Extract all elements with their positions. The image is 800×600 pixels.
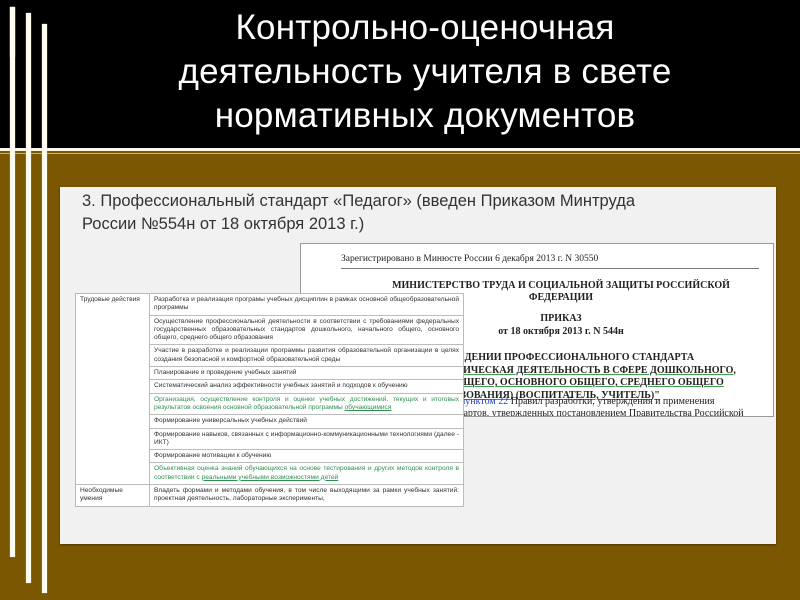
subject-line-3: ОБЩЕГО, ОСНОВНОГО ОБЩЕГО, СРЕДНЕГО ОБЩЕГ… <box>449 377 736 390</box>
cell-text: Формирование навыков, связанных с информ… <box>154 431 459 446</box>
table-cell: Осуществление профессиональной деятельно… <box>150 315 464 345</box>
content-heading: 3. Профессиональный стандарт «Педагог» (… <box>82 190 635 236</box>
table-row: Необходимые уменияВладеть формами и мето… <box>76 485 464 507</box>
cell-text: Участие в разработке и реализации програ… <box>154 347 459 362</box>
cell-text: Организация, осуществление контроля и оц… <box>154 396 459 411</box>
decorative-line-3 <box>42 24 47 593</box>
order-paragraph: с пунктом 22 Правил разработки, утвержде… <box>453 396 771 417</box>
decorative-line-1 <box>10 7 15 557</box>
table-cell: Систематический анализ эффективности уче… <box>150 380 464 393</box>
table-cell: Организация, осуществление контроля и оц… <box>150 393 464 415</box>
decorative-line-2 <box>26 13 31 583</box>
heading-line-1: 3. Профессиональный стандарт «Педагог» (… <box>82 190 635 213</box>
para-text: Правил разработки, утверждения и примене… <box>511 396 715 407</box>
para-line-2: ндартов, утвержденных постановлением Пра… <box>453 408 744 417</box>
standard-table: Трудовые действияРазработка и реализация… <box>75 293 464 507</box>
ministry-line-1: МИНИСТЕРСТВО ТРУДА И СОЦИАЛЬНОЙ ЗАЩИТЫ Р… <box>361 280 761 292</box>
heading-line-2: России №554н от 18 октября 2013 г.) <box>82 213 635 236</box>
table-cell: Формирование мотивации к обучению <box>150 450 464 463</box>
table-cell: Формирование навыков, связанных с информ… <box>150 428 464 450</box>
cell-text: Осуществление профессиональной деятельно… <box>154 318 459 342</box>
slide-title: Контрольно-оценочная деятельность учител… <box>60 6 790 138</box>
title-line-2: деятельность учителя в свете <box>60 50 790 94</box>
table-row: Трудовые действияРазработка и реализация… <box>76 294 464 316</box>
cell-text: Формирование мотивации к обучению <box>154 452 271 459</box>
title-line-1: Контрольно-оценочная <box>60 6 790 50</box>
cell-text: Систематический анализ эффективности уче… <box>154 382 408 389</box>
table-cell: Объективная оценка знаний обучающихся на… <box>150 463 464 485</box>
header-divider <box>0 148 800 151</box>
cell-text: Разработка и реализация програмы учебных… <box>154 296 459 311</box>
table-cell: Планирование и проведение учебных заняти… <box>150 367 464 380</box>
title-line-3: нормативных документов <box>60 94 790 138</box>
subject-line-1: РЖДЕНИИ ПРОФЕССИОНАЛЬНОГО СТАНДАРТА <box>449 352 736 365</box>
cell-underlined-text: обучающимися <box>345 404 392 411</box>
row-group-label: Трудовые действия <box>76 294 150 485</box>
table-cell: Разработка и реализация програмы учебных… <box>150 294 464 316</box>
clause-link[interactable]: пунктом 22 <box>460 396 508 407</box>
subject-line-2: ОГИЧЕСКАЯ ДЕЯТЕЛЬНОСТЬ В СФЕРЕ ДОШКОЛЬНО… <box>449 365 736 378</box>
registration-rule <box>341 268 759 269</box>
order-subject: РЖДЕНИИ ПРОФЕССИОНАЛЬНОГО СТАНДАРТА ОГИЧ… <box>449 352 736 402</box>
cell-text: Формирование универсальных учебных дейст… <box>154 417 307 424</box>
cell-text: Планирование и проведение учебных заняти… <box>154 369 296 376</box>
registration-note: Зарегистрировано в Минюсте России 6 дека… <box>341 254 598 264</box>
table-cell: Участие в разработке и реализации програ… <box>150 345 464 367</box>
table-cell: Владеть формами и методами обучения, в т… <box>150 485 464 507</box>
header-divider-thin <box>0 153 800 154</box>
cell-underlined-text: реальными учебными возможностями детей <box>202 474 339 481</box>
table-cell: Формирование универсальных учебных дейст… <box>150 415 464 428</box>
row-group-label: Необходимые умения <box>76 485 150 507</box>
